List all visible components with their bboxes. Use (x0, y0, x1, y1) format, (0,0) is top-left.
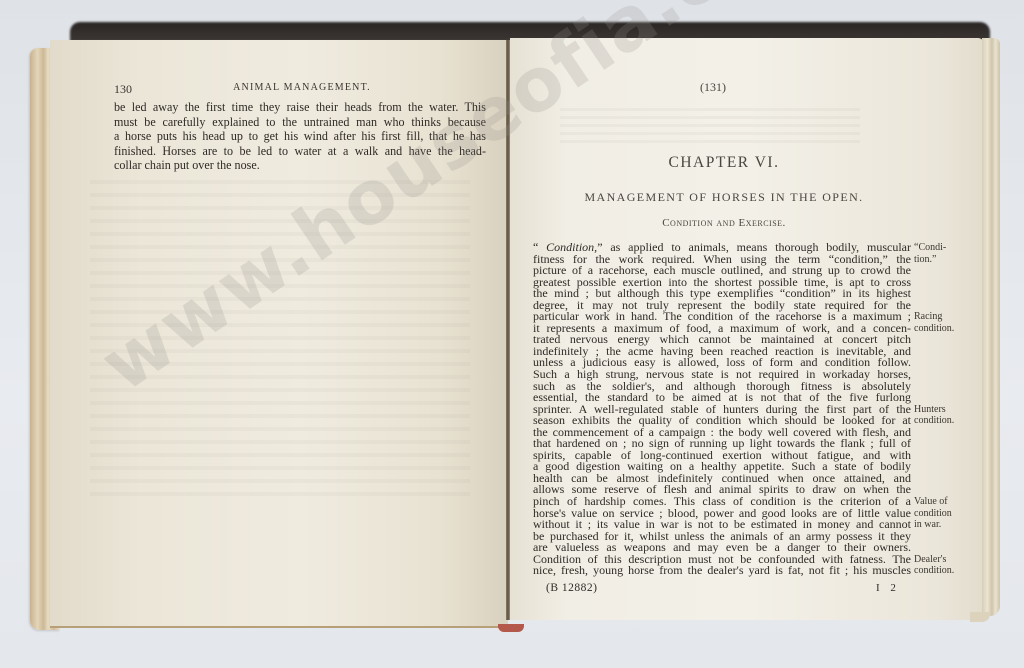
text-line: a horse puts his head up to get his wind… (114, 129, 486, 144)
margin-note-line: “Condi- (914, 242, 946, 254)
open-book: 130 ANIMAL MANAGEMENT. be led away the f… (0, 0, 1024, 668)
text-line: finished. Horses are to be led to water … (114, 144, 486, 159)
right-page-edge-corner (970, 612, 990, 622)
book-spine-gutter (506, 40, 510, 620)
chapter-title: MANAGEMENT OF HORSES IN THE OPEN. (534, 190, 914, 205)
margin-note: Hunterscondition. (914, 404, 954, 427)
left-page-showthrough (90, 180, 470, 500)
margin-note: “Condi-tion.” (914, 242, 946, 265)
margin-note-line: Hunters (914, 404, 954, 416)
right-page-edges (982, 38, 1000, 616)
text-line: be led away the first time they raise th… (114, 100, 486, 115)
margin-note: Dealer'scondition. (914, 554, 954, 577)
margin-note-line: Dealer's (914, 554, 954, 566)
text-line: nice, fresh, young horse from the dealer… (533, 565, 911, 577)
text-line: collar chain put over the nose. (114, 158, 486, 173)
right-page-body: “ Condition,” as applied to animals, mea… (533, 242, 911, 577)
running-head: ANIMAL MANAGEMENT. (114, 82, 490, 93)
chapter-heading: CHAPTER VI. (534, 154, 914, 172)
margin-note: Value ofconditionin war. (914, 496, 952, 531)
left-page-body: be led away the first time they raise th… (114, 100, 486, 173)
margin-note-line: condition. (914, 565, 954, 577)
section-subtitle: Condition and Exercise. (534, 217, 914, 229)
margin-note-line: condition. (914, 415, 954, 427)
margin-note-line: Racing (914, 311, 954, 323)
right-page-showthrough (560, 108, 860, 144)
signature-mark: (B 12882) (546, 582, 597, 594)
text-line: must be carefully explained to the untra… (114, 115, 486, 130)
right-page-number: (131) (700, 80, 726, 95)
margin-note-line: tion.” (914, 254, 946, 266)
sheet-mark: I 2 (876, 582, 900, 594)
red-bookmark-ribbon (498, 624, 524, 632)
margin-note-line: condition. (914, 323, 954, 335)
margin-note-line: Value of (914, 496, 952, 508)
margin-note: Racingcondition. (914, 311, 954, 334)
margin-note-line: in war. (914, 519, 952, 531)
left-page-header: 130 ANIMAL MANAGEMENT. (114, 82, 490, 96)
margin-note-line: condition (914, 508, 952, 520)
